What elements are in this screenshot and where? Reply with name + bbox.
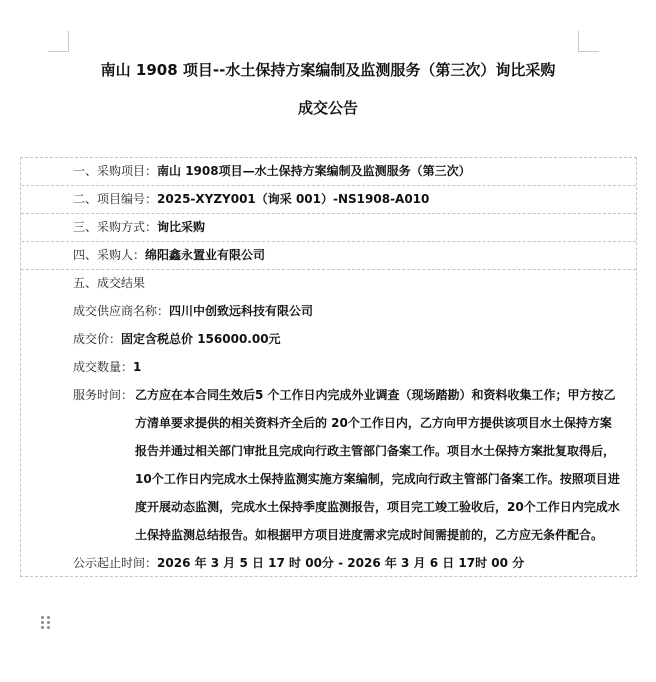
row-project-number: 二、项目编号：2025-XYZY001（询采 001）-NS1908-A010 [21, 186, 636, 214]
row-transaction-result: 五、成交结果 成交供应商名称：四川中创致远科技有限公司 成交价：固定含税总价 1… [21, 270, 636, 576]
procurement-project-value: 南山 1908项目—水土保持方案编制及监测服务（第三次） [157, 164, 471, 178]
service-line: 方清单要求提供的相关资料齐全后的 20个工作日内，乙方向甲方提供该项目水土保持方… [135, 409, 639, 437]
supplier-value: 四川中创致远科技有限公司 [169, 304, 313, 318]
quantity-value: 1 [133, 360, 141, 374]
service-line: 度开展动态监测，完成水土保持季度监测报告，项目完工竣工验收后，20个工作日内完成… [135, 493, 639, 521]
price-value: 固定含税总价 156000.00元 [121, 332, 281, 346]
price-label: 成交价： [73, 332, 121, 346]
service-line: 土保持监测总结报告。如根据甲方项目进度需求完成时间需提前的，乙方应无条件配合。 [135, 521, 639, 549]
row-purchaser: 四、采购人：绵阳鑫永置业有限公司 [21, 242, 636, 270]
notice-table: 一、采购项目：南山 1908项目—水土保持方案编制及监测服务（第三次） 二、项目… [20, 157, 637, 577]
service-line: 乙方应在本合同生效后5 个工作日内完成外业调查（现场踏勘）和资料收集工作；甲方按… [135, 381, 639, 409]
purchaser-label: 四、采购人： [73, 248, 145, 262]
service-line: 报告并通过相关部门审批且完成向行政主管部门备案工作。项目水土保持方案批复取得后， [135, 437, 639, 465]
procurement-method-label: 三、采购方式： [73, 220, 157, 234]
publicity-period-label: 公示起止时间： [73, 556, 157, 570]
page-corner-mark-top-left [48, 31, 69, 52]
publicity-period-value: 2026 年 3 月 5 日 17 时 00分 - 2026 年 3 月 6 日… [157, 556, 524, 570]
supplier-label: 成交供应商名称： [73, 304, 169, 318]
result-heading: 五、成交结果 [73, 276, 145, 290]
document-title: 南山 1908 项目--水土保持方案编制及监测服务（第三次）询比采购 [0, 59, 656, 80]
service-line: 10个工作日内完成水土保持监测实施方案编制，完成向行政主管部门备案工作。按照项目… [135, 465, 639, 493]
quantity-label: 成交数量： [73, 360, 133, 374]
procurement-project-label: 一、采购项目： [73, 164, 157, 178]
page-corner-mark-top-right [578, 31, 599, 52]
row-procurement-project: 一、采购项目：南山 1908项目—水土保持方案编制及监测服务（第三次） [21, 158, 636, 186]
service-time-value: 乙方应在本合同生效后5 个工作日内完成外业调查（现场踏勘）和资料收集工作；甲方按… [135, 381, 639, 549]
drag-handle-icon[interactable] [41, 616, 51, 632]
row-procurement-method: 三、采购方式：询比采购 [21, 214, 636, 242]
project-number-label: 二、项目编号： [73, 192, 157, 206]
project-number-value: 2025-XYZY001（询采 001）-NS1908-A010 [157, 192, 429, 206]
document-subtitle: 成交公告 [0, 97, 656, 118]
procurement-method-value: 询比采购 [157, 220, 205, 234]
service-time-label: 服务时间： [73, 388, 133, 402]
purchaser-value: 绵阳鑫永置业有限公司 [145, 248, 265, 262]
